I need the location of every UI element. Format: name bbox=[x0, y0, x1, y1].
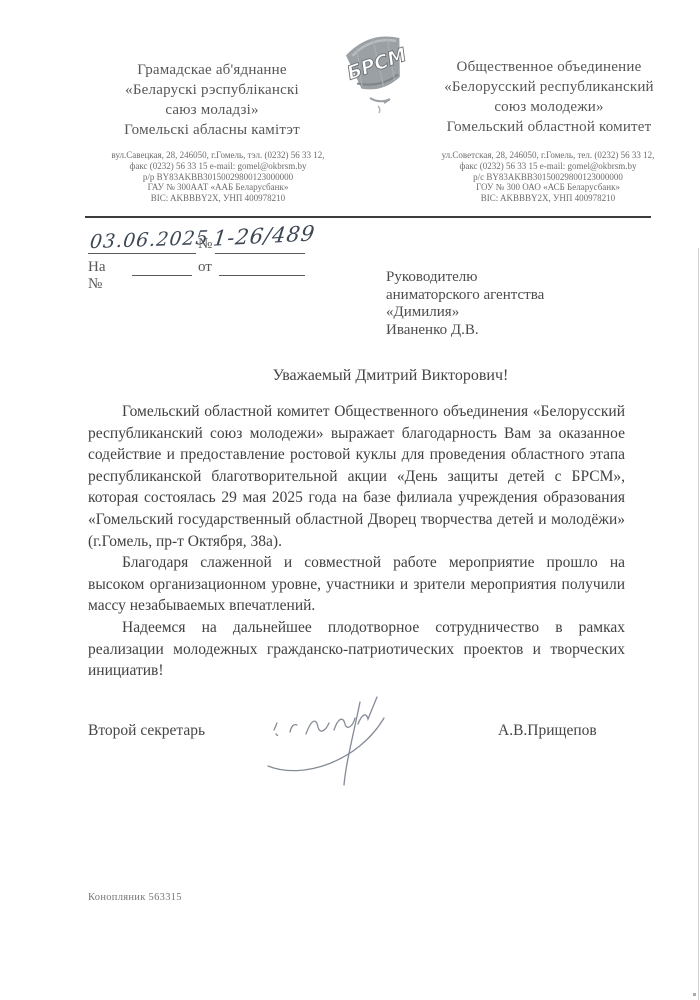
org-line: Общественное объединение bbox=[408, 57, 690, 77]
body-paragraph: Надеемся на дальнейшее плодотворное сотр… bbox=[88, 617, 625, 682]
signer-name: А.В.Прищепов bbox=[498, 722, 597, 740]
org-line: Гомельскі абласны камітэт bbox=[82, 120, 342, 140]
reply-number-underline bbox=[132, 274, 192, 276]
org-line: союз молодежи» bbox=[408, 97, 690, 117]
handwritten-signature bbox=[262, 690, 417, 788]
org-line: Грамадскае аб'яднанне bbox=[82, 60, 342, 80]
org-name-russian: Общественное объединение «Белорусский ре… bbox=[408, 57, 690, 137]
address-block-left: вул.Савецкая, 28, 246050, г.Гомель, тэл.… bbox=[68, 150, 368, 204]
address-line: вул.Савецкая, 28, 246050, г.Гомель, тэл.… bbox=[68, 150, 368, 161]
recipient-line: Иваненко Д.В. bbox=[386, 322, 544, 340]
reply-from-label: от bbox=[198, 259, 212, 276]
address-line: р/р BY83AKBB30150029800123000000 bbox=[68, 172, 368, 183]
body-paragraph: Благодаря слаженной и совместной работе … bbox=[88, 552, 625, 617]
recipient-block: Руководителю аниматорского агентства «Ди… bbox=[386, 269, 544, 339]
address-block-right: ул.Советская, 28, 246050, г.Гомель, тел.… bbox=[398, 150, 698, 204]
salutation: Уважаемый Дмитрий Викторович! bbox=[88, 367, 659, 385]
body-paragraph: Гомельский областной комитет Общественно… bbox=[88, 401, 625, 552]
address-line: р/с BY83AKBB30150029800123000000 bbox=[398, 172, 698, 183]
reply-date-underline bbox=[219, 274, 305, 276]
recipient-line: Руководителю bbox=[386, 269, 544, 287]
reply-to-number-label: На № bbox=[88, 259, 106, 293]
org-line: «Беларускі рэспубліканскі bbox=[82, 80, 342, 100]
signer-position-title: Второй секретарь bbox=[88, 722, 205, 740]
handwritten-outgoing-number: 1-26/489 bbox=[212, 221, 317, 251]
number-underline bbox=[215, 252, 305, 254]
handwritten-date: 03.06.2025 bbox=[89, 227, 210, 253]
scan-speck-artifact bbox=[693, 993, 696, 996]
address-line: BIC: AKBBBY2X, УНП 400978210 bbox=[398, 193, 698, 204]
address-line: факс (0232) 56 33 15 e-mail: gomel@okbrs… bbox=[398, 161, 698, 172]
header-divider-line bbox=[85, 216, 651, 218]
recipient-line: аниматорского агентства bbox=[386, 287, 544, 305]
org-line: Гомельский областной комитет bbox=[408, 117, 690, 137]
org-line: саюз моладзі» bbox=[82, 100, 342, 120]
number-sign: № bbox=[198, 236, 212, 253]
address-line: факс (0232) 56 33 15 e-mail: gomel@okbrs… bbox=[68, 161, 368, 172]
logo-flag-tail bbox=[370, 98, 390, 103]
address-line: ГАУ № 300ААТ «ААБ Беларусбанк» bbox=[68, 182, 368, 193]
letter-body: Гомельский областной комитет Общественно… bbox=[88, 401, 625, 682]
org-name-belarusian: Грамадскае аб'яднанне «Беларускі рэспубл… bbox=[82, 60, 342, 140]
executor-reference: Конопляник 563315 bbox=[88, 892, 182, 903]
recipient-line: «Димилия» bbox=[386, 304, 544, 322]
org-line: «Белорусский республиканский bbox=[408, 77, 690, 97]
date-underline bbox=[88, 252, 196, 254]
address-line: ул.Советская, 28, 246050, г.Гомель, тел.… bbox=[398, 150, 698, 161]
scan-edge-artifact bbox=[698, 248, 699, 1000]
address-line: ГОУ № 300 ОАО «АСБ Беларусбанк» bbox=[398, 182, 698, 193]
address-line: BIC: AKBBBY2X, УНП 400978210 bbox=[68, 193, 368, 204]
scanned-letter-page: Грамадскае аб'яднанне «Беларускі рэспубл… bbox=[0, 0, 700, 1000]
